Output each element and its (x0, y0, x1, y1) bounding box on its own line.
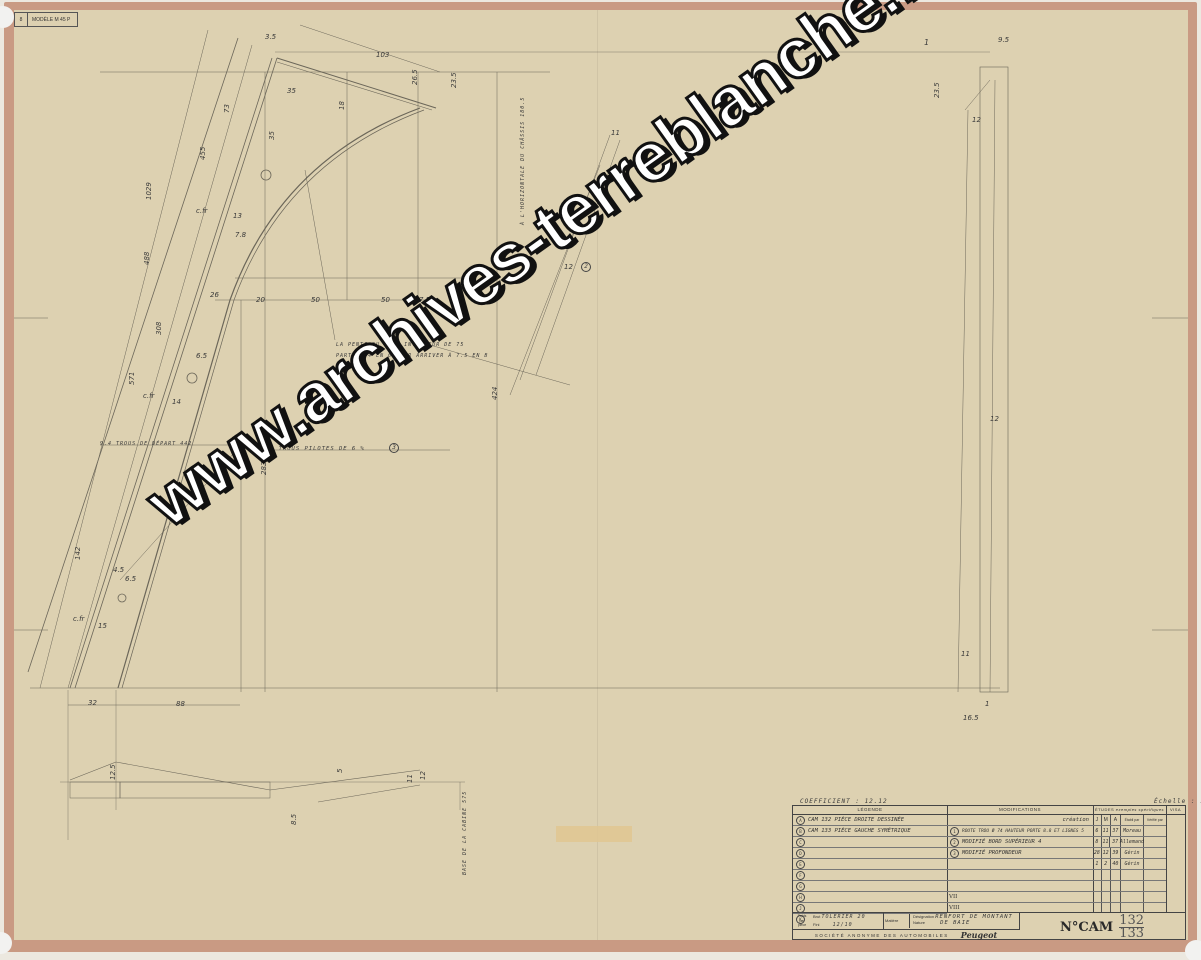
tape-patch (556, 826, 632, 842)
note-cabine: BASE DE LA CABINE 575 (462, 791, 468, 875)
dim-label: 4.5 (113, 566, 124, 574)
dim-label: 20 (256, 296, 265, 304)
modifications-header: MODIFICATIONS (947, 806, 1093, 815)
dim-label: 15 (98, 622, 107, 630)
number-prefix: N°CAM (1060, 920, 1113, 935)
dim-label: 50 (311, 296, 320, 304)
legend-row: BCAM 133 PIÈCE GAUCHE SYMÉTRIQUE (793, 826, 947, 837)
legend-row: F (793, 870, 947, 881)
dim-label: 12.5 (109, 764, 117, 780)
dim-label: 88 (176, 700, 185, 708)
brand-logo: Peugeot (961, 930, 997, 940)
legend-row: C (793, 837, 947, 848)
modification-row: création (947, 815, 1093, 826)
dim-label: 9.5 (998, 36, 1009, 44)
dim-label: 8.5 (290, 814, 298, 825)
etudes-row (1093, 870, 1166, 881)
sheet-ref-circle: 1 (924, 38, 930, 47)
brut-value: TOLERIER 20 (821, 914, 865, 920)
legend-row: G (793, 881, 947, 892)
modification-row (947, 859, 1093, 870)
legend-row: ACAM 132 PIÈCE DROITE DESSINÉE (793, 815, 947, 826)
matiere-box: Matière Désignation RENFORT DE MONTANTNa… (883, 913, 1020, 930)
coefficient: COEFFICIENT : 12.12 (800, 798, 888, 805)
dim-label: 103 (376, 51, 389, 59)
dim-label: 23.5 (450, 72, 458, 88)
dim-label: 5 (336, 769, 344, 773)
dim-label: 32 (88, 699, 97, 707)
dim-label: 73 (223, 104, 231, 113)
etudes-row: 6 11 37 Moreau (1093, 826, 1166, 837)
company-line: SOCIÉTÉ ANONYME DES AUTOMOBILES Peugeot (793, 929, 1019, 941)
dim-label: 488 (143, 252, 151, 265)
dim-label: 35 (287, 87, 296, 95)
dim-label: 11 (961, 650, 970, 658)
title-block: LÉGENDE ACAM 132 PIÈCE DROITE DESSINÉE B… (792, 805, 1186, 940)
title-block-bottom: Poids par pièce Brut TOLERIER 20 Fini 12… (793, 912, 1185, 941)
etudes-row (1093, 881, 1166, 892)
dim-label: 26 (210, 291, 219, 299)
ref-circle-2: 2 (581, 262, 591, 272)
modification-row: VII (947, 892, 1093, 903)
legend-row: H (793, 892, 947, 903)
dim-label: 26.5 (411, 69, 419, 85)
etudes-header: ÉTUDES exemples spécifiques (1093, 806, 1166, 815)
dim-label: c.fr (143, 392, 154, 400)
number-bottom: 133 (1119, 928, 1144, 940)
etudes-col-header: J M A Établi par Vérifié par (1093, 815, 1166, 826)
etudes-section: ÉTUDES exemples spécifiques J M A Établi… (1093, 806, 1167, 912)
scale: Échelle : 1/1 (1154, 798, 1201, 805)
dim-label: 1 (985, 700, 989, 708)
company-name: SOCIÉTÉ ANONYME DES AUTOMOBILES (815, 933, 949, 938)
dim-label: c.fr (196, 207, 207, 215)
modifications-section: MODIFICATIONS création 1ROUTE TROU Ø 74 … (947, 806, 1094, 912)
dim-label: 12 (990, 415, 999, 423)
dim-label: 308 (155, 322, 163, 335)
dim-label: 16.5 (963, 714, 979, 722)
etudes-row: 28 12 39 Gérin (1093, 848, 1166, 859)
dim-label: 7.8 (235, 231, 246, 239)
dim-label: 142 (74, 547, 82, 560)
dim-label: 1029 (145, 182, 153, 200)
etudes-row: 1 2 40 Gérin (1093, 859, 1166, 870)
legend-row: E (793, 859, 947, 870)
legend-header: LÉGENDE (793, 806, 947, 815)
number-fraction: 132 133 (1119, 915, 1144, 940)
dim-label: 11 (406, 774, 414, 783)
modification-row (947, 881, 1093, 892)
etudes-row: 8 11 37 Allemand (1093, 837, 1166, 848)
visa-header: VISA (1166, 806, 1185, 815)
legend-section: LÉGENDE ACAM 132 PIÈCE DROITE DESSINÉE B… (793, 806, 948, 912)
modification-row (947, 870, 1093, 881)
etudes-row (1093, 892, 1166, 903)
dim-label: 3.5 (265, 33, 276, 41)
dim-label: 455 (199, 147, 207, 160)
dim-label: 13 (233, 212, 242, 220)
dim-label: 35 (268, 131, 276, 140)
dim-label: 14 (172, 398, 181, 406)
dim-label: 12 (419, 771, 427, 780)
modification-row: 1ROUTE TROU Ø 74 HAUTEUR PORTE 8.8 ET LI… (947, 826, 1093, 837)
dim-label: 6.5 (125, 575, 136, 583)
dim-label: 23.5 (933, 82, 941, 98)
ref-circle-3: 3 (389, 443, 399, 453)
legend-row: D (793, 848, 947, 859)
dim-label: 18 (338, 101, 346, 110)
modification-row: 2MODIFIÉ BORD SUPÉRIEUR 4 (947, 837, 1093, 848)
dim-label: c.fr (73, 615, 84, 623)
dim-label: 12 (972, 116, 981, 124)
dim-label: 571 (128, 372, 136, 385)
modification-row: 3MODIFIÉ PROFONDEUR (947, 848, 1093, 859)
dim-label: 424 (491, 387, 499, 400)
nature-value: DE BAIE (940, 920, 970, 926)
visa-section: VISA (1166, 806, 1185, 912)
poids-box: Poids par pièce Brut TOLERIER 20 Fini 12… (793, 913, 884, 930)
dim-label: 6.5 (196, 352, 207, 360)
fini-value: 12/10 (833, 922, 853, 928)
drawing-number: N°CAM 132 133 (1019, 913, 1185, 941)
